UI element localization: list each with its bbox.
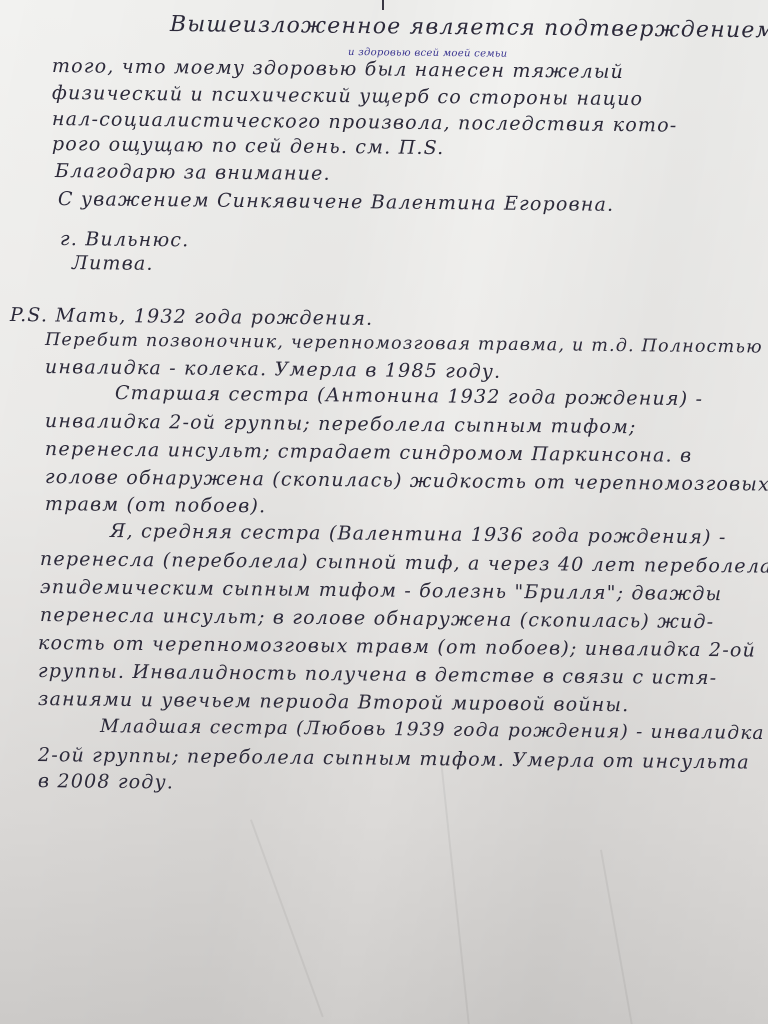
letter-line: рого ощущаю по сей день. см. П.S.: [52, 133, 445, 159]
ps-line: эпидемическим сыпным тифом - болезнь "Бр…: [40, 576, 722, 605]
ps-line: перенесла инсульт; в голове обнаружена (…: [40, 604, 715, 633]
ps-line: группы. Инвалидность получена в детстве …: [38, 660, 718, 689]
ps-line: инвалидка - колека. Умерла в 1985 году.: [45, 356, 502, 383]
ps-line: Старшая сестра (Антонина 1932 года рожде…: [115, 382, 703, 410]
ps-line: перенесла (переболела) сыпной тиф, а чер…: [40, 548, 768, 578]
ps-line: P.S. Мать, 1932 года рождения.: [10, 304, 374, 330]
ps-line: 2-ой группы; переболела сыпным тифом. Ум…: [38, 744, 750, 773]
closing-thanks: Благодарю за внимание.: [55, 160, 331, 185]
city-line: г. Вильнюс.: [60, 228, 190, 251]
paper-sheet: Вышеизложенное является подтверждением и…: [0, 0, 768, 1024]
letter-line: нал-социалистического произвола, последс…: [52, 108, 678, 137]
ps-line: инвалидка 2-ой группы; переболела сыпным…: [45, 410, 637, 438]
ps-line: голове обнаружена (скопилась) жидкость о…: [45, 466, 768, 496]
paper-crease: [600, 850, 633, 1024]
ps-line: в 2008 году.: [38, 770, 174, 793]
letter-line: Вышеизложенное является подтверждением: [170, 12, 768, 43]
ps-line: кость от черепномозговых травм (от побое…: [38, 632, 756, 662]
country-line: Литва.: [72, 252, 154, 275]
ps-line: Младшая сестра (Любовь 1939 года рождени…: [100, 716, 765, 744]
ps-line: заниями и увечьем периода Второй мировой…: [38, 688, 630, 716]
paper-crease: [440, 760, 470, 1024]
page-edge-mark: [382, 0, 384, 10]
ps-line: Перебит позвоночник, черепномозговая тра…: [45, 330, 763, 358]
letter-line: того, что моему здоровью был нанесен тяж…: [52, 55, 624, 83]
letter-line: физический и психический ущерб со сторон…: [52, 82, 643, 110]
paper-crease: [250, 819, 324, 1017]
signature-line: С уважением Синкявичене Валентина Егоров…: [58, 188, 615, 216]
ps-line: Я, средняя сестра (Валентина 1936 года р…: [110, 520, 727, 548]
ps-line: травм (от побоев).: [45, 493, 267, 517]
ps-line: перенесла инсульт; страдает синдромом Па…: [45, 438, 693, 467]
